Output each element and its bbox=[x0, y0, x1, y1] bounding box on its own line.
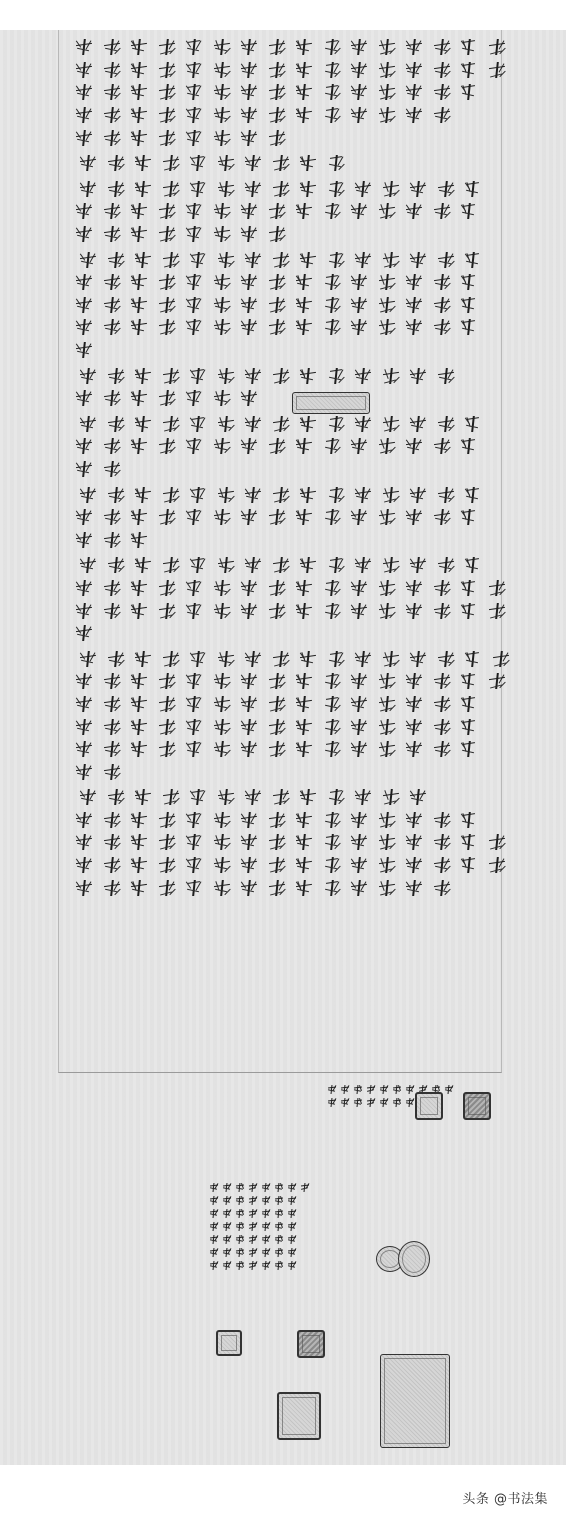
calligraphy-character bbox=[133, 251, 153, 269]
calligraphy-character bbox=[184, 202, 204, 220]
calligraphy-character bbox=[267, 856, 287, 874]
calligraphy-character bbox=[294, 579, 314, 597]
calligraphy-character bbox=[267, 833, 287, 851]
calligraphy-character bbox=[298, 154, 318, 172]
calligraphy-character bbox=[78, 251, 98, 269]
calligraphy-character bbox=[243, 788, 263, 806]
calligraphy-character bbox=[212, 833, 232, 851]
calligraphy-character bbox=[322, 296, 342, 314]
calligraphy-character bbox=[294, 61, 314, 79]
calligraphy-character bbox=[267, 202, 287, 220]
calligraphy-character bbox=[102, 106, 122, 124]
text-line bbox=[70, 809, 490, 832]
calligraphy-character bbox=[129, 672, 149, 690]
calligraphy-character bbox=[74, 763, 94, 781]
calligraphy-character bbox=[188, 154, 208, 172]
calligraphy-character bbox=[212, 38, 232, 56]
gourd-seal-right-lobe bbox=[398, 1241, 430, 1277]
calligraphy-character bbox=[487, 672, 507, 690]
calligraphy-character bbox=[157, 437, 177, 455]
calligraphy-character bbox=[74, 318, 94, 336]
calligraphy-character bbox=[129, 202, 149, 220]
calligraphy-character bbox=[184, 389, 204, 407]
calligraphy-character bbox=[459, 318, 479, 336]
calligraphy-character bbox=[157, 38, 177, 56]
calligraphy-character bbox=[487, 833, 507, 851]
calligraphy-character bbox=[212, 225, 232, 243]
calligraphy-character bbox=[184, 740, 204, 758]
calligraphy-character bbox=[184, 879, 204, 897]
calligraphy-character bbox=[239, 202, 259, 220]
calligraphy-character bbox=[326, 251, 346, 269]
calligraphy-character bbox=[239, 273, 259, 291]
calligraphy-character bbox=[366, 1084, 376, 1093]
calligraphy-character bbox=[102, 83, 122, 101]
calligraphy-character bbox=[267, 106, 287, 124]
calligraphy-character bbox=[353, 788, 373, 806]
calligraphy-character bbox=[216, 367, 236, 385]
calligraphy-character bbox=[161, 251, 181, 269]
calligraphy-character bbox=[212, 856, 232, 874]
calligraphy-character bbox=[377, 508, 397, 526]
calligraphy-character bbox=[239, 38, 259, 56]
text-line bbox=[70, 483, 490, 506]
calligraphy-character bbox=[212, 318, 232, 336]
calligraphy-character bbox=[184, 318, 204, 336]
calligraphy-character bbox=[327, 1084, 337, 1093]
calligraphy-character bbox=[271, 251, 291, 269]
calligraphy-character bbox=[188, 486, 208, 504]
calligraphy-character bbox=[459, 296, 479, 314]
calligraphy-character bbox=[157, 273, 177, 291]
text-line bbox=[70, 316, 490, 339]
calligraphy-character bbox=[212, 811, 232, 829]
calligraphy-character bbox=[349, 106, 369, 124]
calligraphy-character bbox=[188, 556, 208, 574]
calligraphy-character bbox=[261, 1195, 271, 1204]
calligraphy-character bbox=[102, 296, 122, 314]
calligraphy-character bbox=[212, 879, 232, 897]
calligraphy-character bbox=[243, 251, 263, 269]
calligraphy-character bbox=[349, 879, 369, 897]
calligraphy-character bbox=[129, 718, 149, 736]
text-line bbox=[70, 622, 490, 645]
calligraphy-character bbox=[300, 1182, 310, 1191]
calligraphy-character bbox=[157, 225, 177, 243]
text-line bbox=[70, 506, 490, 529]
calligraphy-character bbox=[271, 367, 291, 385]
calligraphy-character bbox=[102, 129, 122, 147]
calligraphy-character bbox=[271, 154, 291, 172]
calligraphy-character bbox=[294, 740, 314, 758]
calligraphy-character bbox=[216, 486, 236, 504]
calligraphy-character bbox=[157, 602, 177, 620]
calligraphy-character bbox=[184, 579, 204, 597]
calligraphy-character bbox=[129, 106, 149, 124]
calligraphy-character bbox=[322, 602, 342, 620]
calligraphy-character bbox=[188, 650, 208, 668]
calligraphy-character bbox=[436, 486, 456, 504]
calligraphy-character bbox=[161, 486, 181, 504]
calligraphy-character bbox=[274, 1247, 284, 1256]
calligraphy-character bbox=[322, 38, 342, 56]
calligraphy-character bbox=[322, 202, 342, 220]
calligraphy-character bbox=[133, 556, 153, 574]
calligraphy-character bbox=[102, 508, 122, 526]
calligraphy-character bbox=[222, 1221, 232, 1230]
calligraphy-character bbox=[212, 672, 232, 690]
calligraphy-character bbox=[432, 38, 452, 56]
calligraphy-character bbox=[74, 579, 94, 597]
calligraphy-character bbox=[129, 437, 149, 455]
calligraphy-character bbox=[322, 879, 342, 897]
calligraphy-character bbox=[74, 83, 94, 101]
calligraphy-character bbox=[326, 415, 346, 433]
calligraphy-character bbox=[459, 437, 479, 455]
calligraphy-character bbox=[243, 486, 263, 504]
calligraphy-character bbox=[274, 1260, 284, 1269]
calligraphy-character bbox=[209, 1182, 219, 1191]
calligraphy-character bbox=[327, 1097, 337, 1106]
calligraphy-character bbox=[267, 718, 287, 736]
calligraphy-character bbox=[106, 556, 126, 574]
calligraphy-character bbox=[322, 318, 342, 336]
calligraphy-character bbox=[287, 1221, 297, 1230]
calligraphy-character bbox=[377, 296, 397, 314]
calligraphy-character bbox=[157, 106, 177, 124]
calligraphy-character bbox=[106, 415, 126, 433]
calligraphy-character bbox=[102, 202, 122, 220]
calligraphy-character bbox=[408, 486, 428, 504]
calligraphy-character bbox=[381, 367, 401, 385]
calligraphy-character bbox=[322, 508, 342, 526]
collector-seal-large bbox=[380, 1354, 450, 1448]
calligraphy-character bbox=[377, 718, 397, 736]
text-line bbox=[70, 364, 490, 387]
calligraphy-character bbox=[444, 1084, 454, 1093]
calligraphy-character bbox=[74, 460, 94, 478]
calligraphy-character bbox=[353, 1084, 363, 1093]
text-line bbox=[70, 693, 490, 716]
calligraphy-character bbox=[408, 650, 428, 668]
calligraphy-character bbox=[235, 1208, 245, 1217]
text-line bbox=[70, 435, 490, 458]
calligraphy-character bbox=[377, 38, 397, 56]
calligraphy-character bbox=[392, 1097, 402, 1106]
calligraphy-character bbox=[349, 83, 369, 101]
calligraphy-character bbox=[188, 367, 208, 385]
calligraphy-character bbox=[157, 296, 177, 314]
text-line bbox=[205, 1245, 310, 1258]
calligraphy-character bbox=[157, 83, 177, 101]
calligraphy-character bbox=[349, 296, 369, 314]
calligraphy-character bbox=[222, 1247, 232, 1256]
calligraphy-character bbox=[239, 602, 259, 620]
text-line bbox=[70, 599, 490, 622]
calligraphy-character bbox=[366, 1097, 376, 1106]
calligraphy-character bbox=[294, 106, 314, 124]
calligraphy-character bbox=[129, 273, 149, 291]
calligraphy-character bbox=[432, 579, 452, 597]
calligraphy-character bbox=[157, 811, 177, 829]
calligraphy-character bbox=[129, 833, 149, 851]
calligraphy-character bbox=[261, 1234, 271, 1243]
calligraphy-character bbox=[102, 833, 122, 851]
text-line bbox=[70, 59, 490, 82]
calligraphy-character bbox=[243, 650, 263, 668]
calligraphy-character bbox=[235, 1247, 245, 1256]
calligraphy-character bbox=[235, 1260, 245, 1269]
calligraphy-character bbox=[274, 1182, 284, 1191]
calligraphy-character bbox=[161, 180, 181, 198]
calligraphy-character bbox=[102, 718, 122, 736]
calligraphy-character bbox=[463, 415, 483, 433]
text-line bbox=[205, 1219, 310, 1232]
calligraphy-character bbox=[432, 296, 452, 314]
calligraphy-character bbox=[235, 1221, 245, 1230]
calligraphy-character bbox=[432, 695, 452, 713]
calligraphy-character bbox=[267, 811, 287, 829]
watermark-text: 头条 @书法集 bbox=[462, 1488, 548, 1507]
calligraphy-character bbox=[404, 106, 424, 124]
calligraphy-character bbox=[377, 202, 397, 220]
calligraphy-character bbox=[248, 1208, 258, 1217]
calligraphy-character bbox=[404, 202, 424, 220]
calligraphy-character bbox=[294, 602, 314, 620]
calligraphy-character bbox=[274, 1208, 284, 1217]
calligraphy-character bbox=[408, 788, 428, 806]
calligraphy-character bbox=[404, 695, 424, 713]
calligraphy-character bbox=[294, 508, 314, 526]
calligraphy-character bbox=[188, 415, 208, 433]
calligraphy-character bbox=[243, 154, 263, 172]
calligraphy-character bbox=[353, 1097, 363, 1106]
calligraphy-character bbox=[463, 251, 483, 269]
calligraphy-character bbox=[377, 740, 397, 758]
calligraphy-character bbox=[404, 602, 424, 620]
calligraphy-character bbox=[432, 318, 452, 336]
calligraphy-character bbox=[349, 695, 369, 713]
calligraphy-character bbox=[74, 531, 94, 549]
calligraphy-character bbox=[212, 740, 232, 758]
calligraphy-character bbox=[294, 672, 314, 690]
calligraphy-character bbox=[298, 180, 318, 198]
calligraphy-character bbox=[404, 856, 424, 874]
calligraphy-character bbox=[157, 695, 177, 713]
calligraphy-character bbox=[271, 180, 291, 198]
calligraphy-character bbox=[404, 672, 424, 690]
calligraphy-character bbox=[184, 856, 204, 874]
calligraphy-character bbox=[487, 602, 507, 620]
calligraphy-character bbox=[133, 154, 153, 172]
calligraphy-character bbox=[294, 811, 314, 829]
text-line bbox=[70, 81, 490, 104]
calligraphy-character bbox=[436, 556, 456, 574]
calligraphy-character bbox=[322, 61, 342, 79]
calligraphy-character bbox=[298, 415, 318, 433]
calligraphy-character bbox=[239, 106, 259, 124]
calligraphy-character bbox=[129, 318, 149, 336]
calligraphy-character bbox=[102, 602, 122, 620]
calligraphy-character bbox=[157, 579, 177, 597]
calligraphy-character bbox=[129, 602, 149, 620]
calligraphy-character bbox=[106, 367, 126, 385]
calligraphy-character bbox=[377, 61, 397, 79]
text-line bbox=[70, 786, 490, 809]
calligraphy-character bbox=[404, 740, 424, 758]
calligraphy-character bbox=[267, 695, 287, 713]
calligraphy-character bbox=[212, 389, 232, 407]
calligraphy-character bbox=[188, 788, 208, 806]
calligraphy-character bbox=[157, 61, 177, 79]
text-line bbox=[70, 854, 490, 877]
calligraphy-character bbox=[106, 154, 126, 172]
calligraphy-character bbox=[267, 129, 287, 147]
calligraphy-character bbox=[322, 811, 342, 829]
calligraphy-character bbox=[377, 579, 397, 597]
colophon-seal-left bbox=[216, 1330, 242, 1356]
calligraphy-character bbox=[78, 367, 98, 385]
calligraphy-character bbox=[463, 650, 483, 668]
calligraphy-character bbox=[404, 879, 424, 897]
calligraphy-character bbox=[377, 273, 397, 291]
calligraphy-character bbox=[102, 318, 122, 336]
calligraphy-character bbox=[133, 788, 153, 806]
calligraphy-character bbox=[487, 579, 507, 597]
text-line bbox=[70, 760, 490, 783]
calligraphy-character bbox=[212, 83, 232, 101]
calligraphy-character bbox=[459, 856, 479, 874]
calligraphy-character bbox=[248, 1221, 258, 1230]
calligraphy-character bbox=[377, 437, 397, 455]
calligraphy-character bbox=[349, 672, 369, 690]
calligraphy-character bbox=[294, 83, 314, 101]
calligraphy-character bbox=[432, 811, 452, 829]
calligraphy-character bbox=[287, 1195, 297, 1204]
text-line bbox=[205, 1206, 310, 1219]
calligraphy-character bbox=[102, 579, 122, 597]
calligraphy-character bbox=[287, 1247, 297, 1256]
calligraphy-character bbox=[239, 318, 259, 336]
calligraphy-character bbox=[106, 650, 126, 668]
calligraphy-character bbox=[298, 367, 318, 385]
calligraphy-character bbox=[243, 556, 263, 574]
calligraphy-character bbox=[381, 415, 401, 433]
calligraphy-character bbox=[294, 318, 314, 336]
calligraphy-character bbox=[404, 318, 424, 336]
calligraphy-character bbox=[287, 1234, 297, 1243]
calligraphy-character bbox=[157, 879, 177, 897]
calligraphy-character bbox=[459, 811, 479, 829]
calligraphy-character bbox=[377, 106, 397, 124]
calligraphy-character bbox=[102, 225, 122, 243]
calligraphy-character bbox=[212, 273, 232, 291]
calligraphy-character bbox=[216, 650, 236, 668]
calligraphy-character bbox=[239, 508, 259, 526]
calligraphy-character bbox=[322, 740, 342, 758]
calligraphy-character bbox=[267, 225, 287, 243]
calligraphy-character bbox=[239, 718, 259, 736]
calligraphy-character bbox=[102, 38, 122, 56]
calligraphy-character bbox=[349, 602, 369, 620]
calligraphy-character bbox=[432, 879, 452, 897]
calligraphy-character bbox=[294, 695, 314, 713]
calligraphy-character bbox=[353, 415, 373, 433]
main-calligraphy-text bbox=[70, 36, 490, 899]
text-line bbox=[70, 104, 490, 127]
calligraphy-character bbox=[239, 833, 259, 851]
calligraphy-character bbox=[463, 556, 483, 574]
calligraphy-character bbox=[404, 833, 424, 851]
calligraphy-character bbox=[216, 154, 236, 172]
text-line bbox=[205, 1258, 310, 1271]
calligraphy-character bbox=[212, 695, 232, 713]
calligraphy-character bbox=[326, 556, 346, 574]
calligraphy-character bbox=[129, 296, 149, 314]
calligraphy-character bbox=[377, 602, 397, 620]
calligraphy-character bbox=[106, 180, 126, 198]
text-line bbox=[70, 715, 490, 738]
calligraphy-character bbox=[102, 879, 122, 897]
calligraphy-character bbox=[353, 486, 373, 504]
text-line bbox=[70, 271, 490, 294]
colophon-seal-right bbox=[297, 1330, 325, 1358]
text-line bbox=[70, 876, 490, 899]
calligraphy-character bbox=[102, 61, 122, 79]
calligraphy-character bbox=[157, 508, 177, 526]
calligraphy-character bbox=[377, 856, 397, 874]
calligraphy-character bbox=[216, 556, 236, 574]
calligraphy-character bbox=[209, 1195, 219, 1204]
calligraphy-character bbox=[161, 367, 181, 385]
calligraphy-character bbox=[239, 740, 259, 758]
calligraphy-character bbox=[157, 718, 177, 736]
text-line bbox=[70, 738, 490, 761]
calligraphy-character bbox=[129, 695, 149, 713]
calligraphy-character bbox=[349, 718, 369, 736]
text-line bbox=[70, 413, 490, 436]
calligraphy-character bbox=[459, 38, 479, 56]
calligraphy-character bbox=[129, 579, 149, 597]
calligraphy-character bbox=[404, 579, 424, 597]
calligraphy-character bbox=[222, 1234, 232, 1243]
calligraphy-character bbox=[340, 1097, 350, 1106]
calligraphy-character bbox=[432, 740, 452, 758]
calligraphy-character bbox=[349, 202, 369, 220]
text-line bbox=[70, 387, 490, 410]
text-line bbox=[70, 831, 490, 854]
calligraphy-character bbox=[184, 61, 204, 79]
calligraphy-character bbox=[349, 273, 369, 291]
text-line bbox=[70, 200, 490, 223]
calligraphy-character bbox=[239, 129, 259, 147]
calligraphy-character bbox=[322, 106, 342, 124]
calligraphy-character bbox=[381, 251, 401, 269]
calligraphy-character bbox=[74, 129, 94, 147]
calligraphy-character bbox=[404, 437, 424, 455]
calligraphy-character bbox=[248, 1234, 258, 1243]
calligraphy-character bbox=[184, 38, 204, 56]
calligraphy-character bbox=[78, 154, 98, 172]
calligraphy-character bbox=[379, 1097, 389, 1106]
calligraphy-character bbox=[408, 415, 428, 433]
calligraphy-character bbox=[129, 879, 149, 897]
calligraphy-character bbox=[377, 695, 397, 713]
calligraphy-character bbox=[106, 486, 126, 504]
calligraphy-character bbox=[326, 788, 346, 806]
calligraphy-character bbox=[487, 856, 507, 874]
calligraphy-character bbox=[216, 415, 236, 433]
